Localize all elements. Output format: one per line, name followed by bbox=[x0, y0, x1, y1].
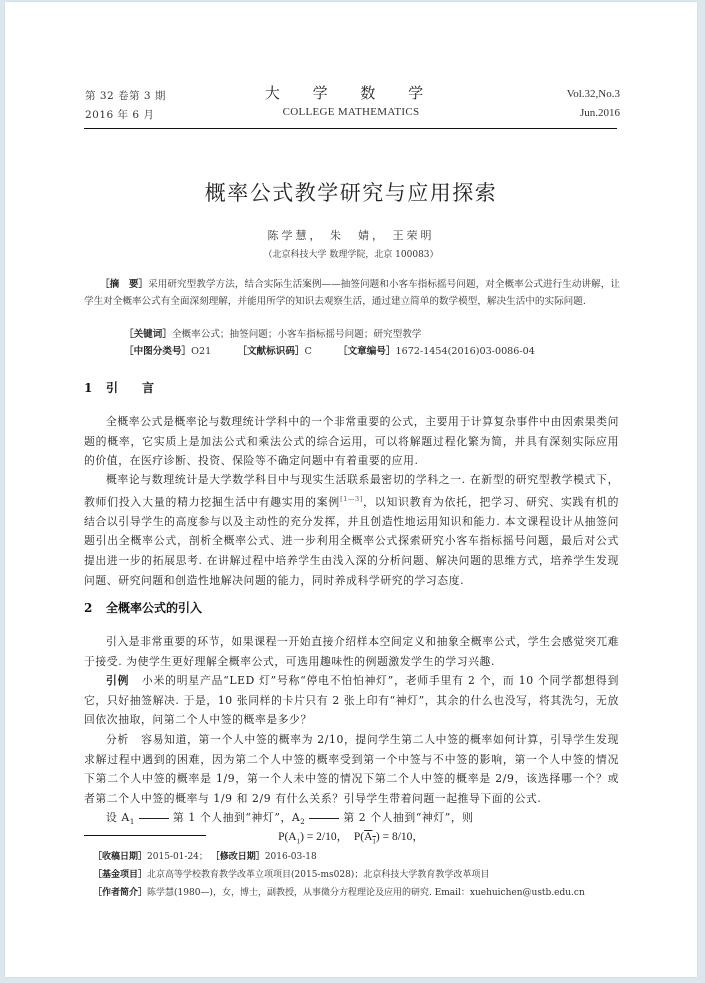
abstract-label: ［摘 要］ bbox=[100, 279, 148, 290]
doc-code-value: C bbox=[305, 346, 312, 357]
formula-right-end: ) = 8/10， bbox=[376, 831, 424, 843]
footnote-fund: ［基金项目］北京高等学校教育教学改革立项项目(2015-ms028)；北京科技大… bbox=[93, 867, 489, 880]
paper-page: 第 32 卷第 3 期 2016 年 6 月 大 学 数 学 COLLEGE M… bbox=[5, 2, 697, 977]
analysis-paragraph: 分析 容易知道，第一个人中签的概率为 2/10，提问学生第二人中签的概率如何计算… bbox=[84, 730, 619, 808]
define-a2: 第 1 个人抽到“神灯”，A bbox=[173, 811, 300, 824]
footnote-author: ［作者简介］陈学慧(1980—)，女，博士，副教授，从事微分方程理论及应用的研究… bbox=[93, 885, 585, 898]
header-rule bbox=[84, 128, 617, 129]
author-label: ［作者简介］ bbox=[93, 888, 147, 898]
section-2-heading: 2全概率公式的引入 bbox=[84, 599, 202, 616]
author-value: 陈学慧(1980—)，女，博士，副教授，从事微分方程理论及应用的研究. Emai… bbox=[147, 888, 585, 898]
analysis-text: 容易知道，第一个人中签的概率为 2/10，提问学生第二人中签的概率如何计算，引导… bbox=[84, 733, 619, 805]
received-value: 2015-01-24； bbox=[147, 852, 208, 862]
affiliation: （北京科技大学 数理学院，北京 100083） bbox=[5, 247, 697, 260]
header-volume-en: Vol.32,No.3 bbox=[567, 88, 620, 100]
p2-text-b: ，以知识教育为依托，把学习、研究、实践有机的结合以引导学生的高度参与以及主动性的… bbox=[84, 495, 619, 586]
formula-complement: A1 bbox=[364, 831, 376, 843]
section-1-title: 引 言 bbox=[106, 381, 154, 395]
article-title: 概率公式教学研究与应用探索 bbox=[5, 177, 697, 207]
authors: 陈学慧， 朱 婧， 王荣明 bbox=[5, 227, 697, 243]
doc-code-label: ［文献标识码］ bbox=[237, 346, 304, 357]
keywords: ［关键词］全概率公式；抽签问题；小客车指标摇号问题；研究型教学 bbox=[124, 327, 421, 344]
section-1-number: 1 bbox=[84, 381, 106, 395]
fund-value: 北京高等学校教育教学改革立项项目(2015-ms028)；北京科技大学教育教学改… bbox=[147, 870, 489, 880]
section-2-paragraph-1: 引入是非常重要的环节，如果课程一开始直接介绍样本空间定义和抽象全概率公式，学生会… bbox=[84, 632, 619, 671]
section-1-heading: 1引 言 bbox=[84, 379, 154, 396]
formula-left: P(A bbox=[278, 831, 297, 843]
article-no-label: ［文章编号］ bbox=[338, 346, 396, 357]
article-no-value: 1672-1454(2016)03-0086-04 bbox=[396, 346, 535, 357]
abstract-text: 采用研究型教学方法，结合实际生活案例——抽签问题和小客车指标摇号问题，对全概率公… bbox=[84, 279, 620, 307]
em-dash-rule bbox=[309, 818, 339, 819]
section-1-paragraph-1: 全概率公式是概率论与数理统计学科中的一个非常重要的公式，主要用于计算复杂事件中由… bbox=[84, 412, 619, 471]
formula-left-end: ) = 2/10， bbox=[300, 831, 348, 843]
section-2-title: 全概率公式的引入 bbox=[106, 601, 202, 615]
fund-label: ［基金项目］ bbox=[93, 870, 147, 880]
em-dash-rule bbox=[139, 818, 169, 819]
clc-value: O21 bbox=[191, 346, 211, 357]
define-tail: 第 2 个人抽到“神灯”，则 bbox=[343, 811, 473, 824]
probability-formula: P(A1) = 2/10， P(A1) = 8/10， bbox=[5, 828, 697, 845]
revised-value: 2016-03-18 bbox=[265, 852, 317, 862]
subscript-2: 2 bbox=[300, 818, 305, 826]
header-date-en: Jun.2016 bbox=[580, 107, 620, 119]
define-a1: 设 A bbox=[106, 811, 130, 824]
footnote-dates: ［收稿日期］2015-01-24； ［修改日期］2016-03-18 bbox=[93, 849, 317, 862]
clc-label: ［中图分类号］ bbox=[124, 346, 191, 357]
subscript-1: 1 bbox=[130, 818, 135, 826]
citation-ref: [1—3] bbox=[340, 495, 363, 503]
analysis-label: 分析 bbox=[106, 733, 129, 746]
example-text: 小米的明星产品“LED 灯”号称“停电不怕怕神灯”，老师手里有 2 个，而 10… bbox=[84, 674, 619, 726]
footnote-rule bbox=[84, 835, 206, 836]
example-label: 引例 bbox=[106, 674, 129, 687]
keywords-label: ［关键词］ bbox=[124, 329, 172, 340]
revised-label: ［修改日期］ bbox=[211, 852, 265, 862]
keywords-text: 全概率公式；抽签问题；小客车指标摇号问题；研究型教学 bbox=[172, 329, 421, 340]
classification: ［中图分类号］O21 ［文献标识码］C ［文章编号］1672-1454(2016… bbox=[124, 344, 535, 361]
abstract: ［摘 要］采用研究型教学方法，结合实际生活案例——抽签问题和小客车指标摇号问题，… bbox=[84, 277, 620, 310]
section-1-paragraph-2: 概率论与数理统计是大学数学科目中与现实生活联系最密切的学科之一. 在新型的研究型… bbox=[84, 470, 619, 590]
example-paragraph: 引例 小米的明星产品“LED 灯”号称“停电不怕怕神灯”，老师手里有 2 个，而… bbox=[84, 671, 619, 730]
formula-right: P( bbox=[354, 831, 364, 843]
received-label: ［收稿日期］ bbox=[93, 852, 147, 862]
section-2-number: 2 bbox=[84, 601, 106, 615]
